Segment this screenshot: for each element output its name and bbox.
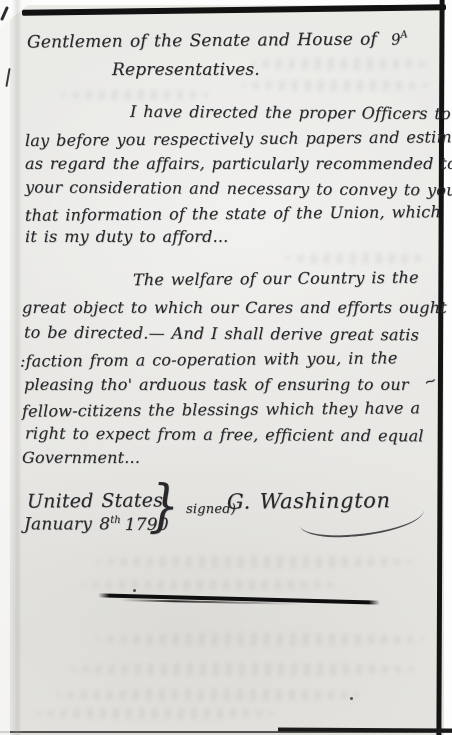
dateline-date: January 8th1790 <box>24 516 169 534</box>
manuscript-line: great object to which our Cares and effo… <box>22 300 447 316</box>
dateline-date-day: January 8 <box>24 515 110 535</box>
dateline-brace: } <box>149 479 179 535</box>
dateline-date-ordinal: th <box>110 515 120 526</box>
folio-number: 9A <box>390 30 409 48</box>
bleed-through-smudge <box>35 708 275 719</box>
folio-number-suffix: A <box>400 29 408 41</box>
line-fill-mark: ~ <box>422 372 439 390</box>
manuscript-line: :faction from a co-operation with you, i… <box>20 350 398 369</box>
manuscript-line: pleasing tho' arduous task of ensuring t… <box>24 377 409 393</box>
manuscript-line: The welfare of our Country is the <box>133 270 419 288</box>
bleed-through-smudge <box>285 253 430 264</box>
manuscript-line: right to expect from a free, efficient a… <box>25 426 424 445</box>
ink-dot <box>133 589 136 592</box>
manuscript-line: I have directed the proper Officers to <box>130 104 451 122</box>
salutation-line-2: Representatives. <box>112 62 260 79</box>
manuscript-line: Government... <box>22 450 140 466</box>
dateline-place: United States <box>27 491 163 511</box>
manuscript-line: it is my duty to afford... <box>25 229 228 245</box>
manuscript-line: your consideration and necessary to conv… <box>25 179 452 198</box>
bleed-through-smudge <box>250 58 430 70</box>
manuscript-line: that information of the state of the Uni… <box>25 204 441 224</box>
bleed-through-smudge <box>95 633 425 646</box>
bleed-through-smudge <box>80 580 340 590</box>
left-margin-strip <box>0 0 10 735</box>
salutation-line-1: Gentlemen of the Senate and House of <box>27 31 377 51</box>
bleed-through-smudge <box>55 689 365 701</box>
bleed-through-smudge <box>240 80 430 91</box>
manuscript-line: as regard the affairs, particularly reco… <box>25 156 452 172</box>
bleed-through-smudge <box>70 663 415 676</box>
manuscript-line: fellow-citizens the blessings which they… <box>22 400 420 419</box>
manuscript-line: lay before you respectively such papers … <box>25 129 452 149</box>
manuscript-page: 9A Gentlemen of the Senate and House of … <box>0 0 452 735</box>
bleed-through-smudge <box>60 90 210 100</box>
page-top-edge <box>22 4 446 16</box>
bleed-through-smudge <box>95 556 415 568</box>
manuscript-line: to be directed.— And I shall derive grea… <box>24 325 419 344</box>
